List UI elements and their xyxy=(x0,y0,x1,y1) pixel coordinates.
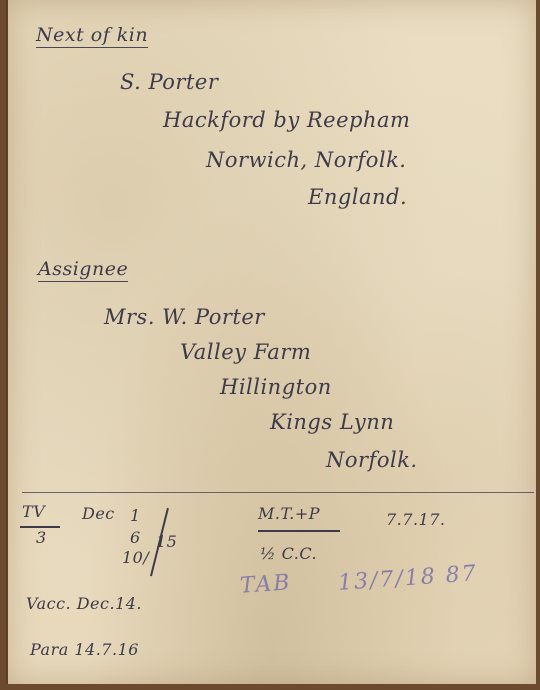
assignee-address-line-3: Kings Lynn xyxy=(270,410,394,434)
mtp-label: M.T.+P xyxy=(258,504,320,523)
dec-date-3: 10/ xyxy=(122,548,149,567)
tab-stamp-date: 13/7/18 87 xyxy=(337,561,478,596)
next-of-kin-heading: Next of kin xyxy=(36,24,148,48)
tv-denominator: 3 xyxy=(36,528,47,547)
mtp-underline xyxy=(258,530,340,532)
vacc-record: Vacc. Dec.14. xyxy=(26,594,142,613)
dec-label: Dec xyxy=(82,504,115,523)
next-of-kin-address-line-2: Norwich, Norfolk. xyxy=(206,148,406,172)
half-cc: ½ C.C. xyxy=(260,544,317,563)
assignee-heading: Assignee xyxy=(38,258,128,282)
next-of-kin-address-line-3: England. xyxy=(308,185,407,209)
assignee-address-line-2: Hillington xyxy=(220,375,332,399)
tv-numerator: TV xyxy=(22,502,45,521)
record-page: Next of kin S. Porter Hackford by Reepha… xyxy=(6,0,536,684)
dec-date-2: 6 xyxy=(130,528,141,547)
dec-year: 15 xyxy=(156,532,177,551)
tab-stamp-label: TAB xyxy=(239,570,292,599)
mtp-date: 7.7.17. xyxy=(386,510,445,529)
section-divider xyxy=(22,492,534,493)
assignee-name: Mrs. W. Porter xyxy=(104,305,265,329)
dec-date-1: 1 xyxy=(130,506,141,525)
para-record: Para 14.7.16 xyxy=(30,640,139,659)
next-of-kin-name: S. Porter xyxy=(120,70,218,94)
next-of-kin-address-line-1: Hackford by Reepham xyxy=(163,108,410,132)
assignee-address-line-4: Norfolk. xyxy=(326,448,418,472)
assignee-address-line-1: Valley Farm xyxy=(180,340,311,364)
